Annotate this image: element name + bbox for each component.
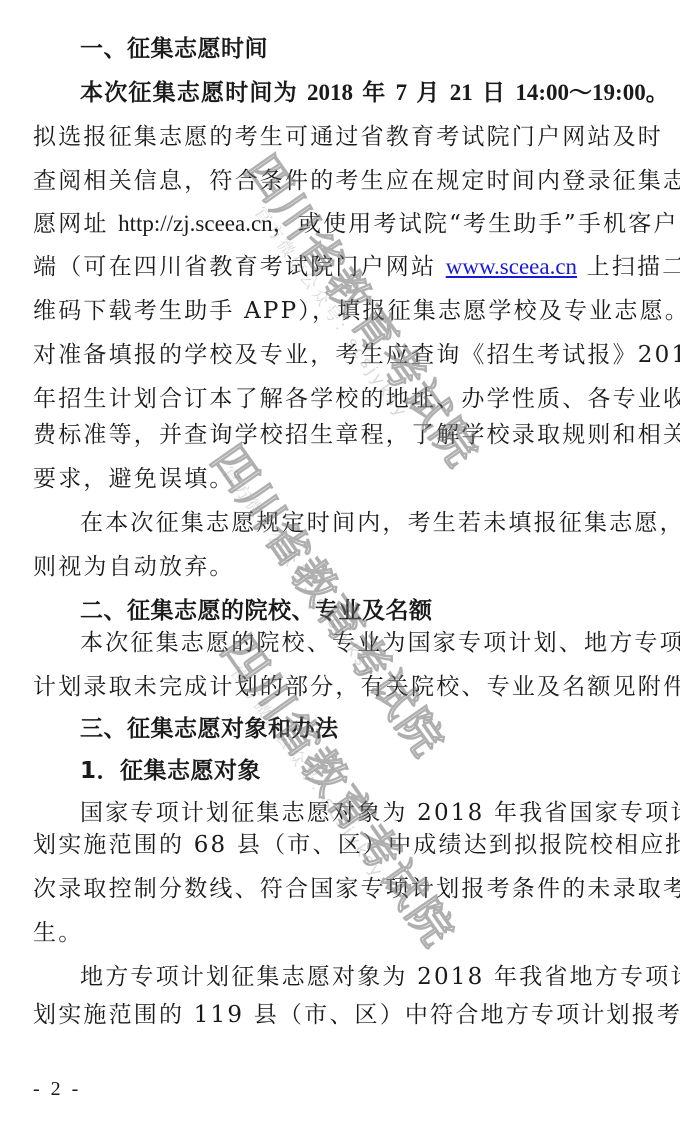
section-heading-2: 二、征集志愿的院校、专业及名额 bbox=[80, 596, 651, 626]
time-label: 本次征集志愿时间为 bbox=[80, 79, 307, 106]
paragraph-line: 费标准等，并查询学校招生章程，了解学校录取规则和相关 bbox=[33, 420, 651, 450]
paragraph-line: 划实施范围的 119 县（市、区）中符合地方专项计划报考条 bbox=[33, 1000, 651, 1030]
text-span: 愿网址 bbox=[33, 211, 118, 237]
collection-time-line: 本次征集志愿时间为 2018 年 7 月 21 日 14:00～19:00。 bbox=[80, 78, 651, 108]
paragraph-line: 国家专项计划征集志愿对象为 2018 年我省国家专项计 bbox=[80, 798, 651, 828]
document-page: 一、征集志愿时间 本次征集志愿时间为 2018 年 7 月 21 日 14:00… bbox=[0, 0, 680, 1133]
watermark-org: 四川省教育考试院 bbox=[210, 620, 474, 958]
time-month: 7 bbox=[396, 80, 408, 105]
paragraph-line: 地方专项计划征集志愿对象为 2018 年我省地方专项计 bbox=[80, 962, 651, 992]
paragraph-line: 生。 bbox=[33, 918, 651, 948]
paragraph-line: 拟选报征集志愿的考生可通过省教育考试院门户网站及时 bbox=[33, 122, 651, 152]
paragraph-line: 次录取控制分数线、符合国家专项计划报考条件的未录取考 bbox=[33, 874, 651, 904]
paragraph-line: 则视为自动放弃。 bbox=[33, 552, 651, 582]
paragraph-line: 本次征集志愿的院校、专业为国家专项计划、地方专项 bbox=[80, 628, 651, 658]
paragraph-line: 年招生计划合订本了解各学校的地址、办学性质、各专业收 bbox=[33, 384, 651, 414]
paragraph-line: 维码下载考生助手 APP），填报征集志愿学校及专业志愿。 bbox=[33, 296, 651, 326]
time-day: 21 bbox=[450, 80, 473, 105]
paragraph-line: 愿网址 http://zj.sceea.cn，或使用考试院“考生助手”手机客户 bbox=[33, 209, 651, 239]
time-month-unit: 月 bbox=[407, 79, 450, 106]
time-day-unit: 日 bbox=[473, 79, 516, 106]
application-url: http://zj.sceea.cn bbox=[118, 211, 273, 236]
time-range: 14:00～19:00。 bbox=[515, 80, 668, 105]
paragraph-line: 对准备填报的学校及专业，考生应查询《招生考试报》2018 bbox=[33, 340, 651, 370]
paragraph-line: 要求，避免误填。 bbox=[33, 464, 651, 494]
text-span: 上扫描二 bbox=[577, 254, 680, 280]
paragraph-line: 计划录取未完成计划的部分，有关院校、专业及名额见附件。 bbox=[33, 672, 651, 702]
paragraph-line: 端（可在四川省教育考试院门户网站 www.sceea.cn 上扫描二 bbox=[33, 252, 651, 282]
text-span: ，或使用考试院“考生助手”手机客户 bbox=[273, 211, 679, 237]
sceea-website-link[interactable]: www.sceea.cn bbox=[446, 254, 577, 279]
time-year: 2018 bbox=[307, 80, 353, 105]
section-heading-3: 三、征集志愿对象和办法 bbox=[80, 714, 651, 744]
paragraph-line: 在本次征集志愿规定时间内，考生若未填报征集志愿， bbox=[80, 508, 651, 538]
text-span: 端（可在四川省教育考试院门户网站 bbox=[33, 254, 446, 280]
page-number: - 2 - bbox=[33, 1078, 81, 1101]
section-heading-1: 一、征集志愿时间 bbox=[80, 34, 651, 64]
time-year-unit: 年 bbox=[353, 79, 396, 106]
subsection-heading-1: 1．征集志愿对象 bbox=[80, 756, 651, 786]
paragraph-line: 查阅相关信息，符合条件的考生应在规定时间内登录征集志 bbox=[33, 166, 651, 196]
paragraph-line: 划实施范围的 68 县（市、区）中成绩达到拟报院校相应批 bbox=[33, 830, 651, 860]
